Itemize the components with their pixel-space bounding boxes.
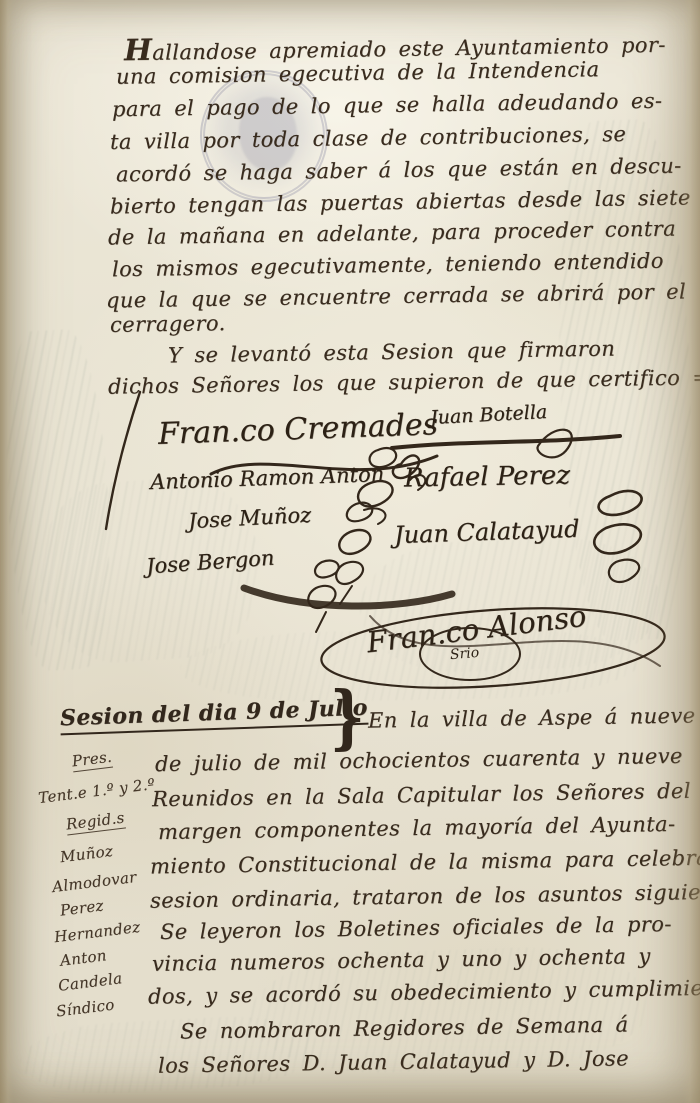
signature-rubric <box>388 426 628 464</box>
signature-rubric <box>580 482 670 596</box>
page-edge <box>683 0 700 1103</box>
signature-rubric <box>310 596 676 700</box>
manuscript-line: cerragero. <box>110 311 226 337</box>
secretary-abbreviation: Srio <box>449 645 479 663</box>
curly-brace: } <box>330 675 365 757</box>
signature-rafael-perez: Rafael Perez <box>404 461 570 494</box>
binding-edge <box>0 0 13 1103</box>
pen-stroke <box>102 388 146 537</box>
manuscript-line: En la villa de Aspe á nueve <box>368 703 696 732</box>
manuscript-page: { "page": { "kind": "handwritten municip… <box>0 0 700 1103</box>
